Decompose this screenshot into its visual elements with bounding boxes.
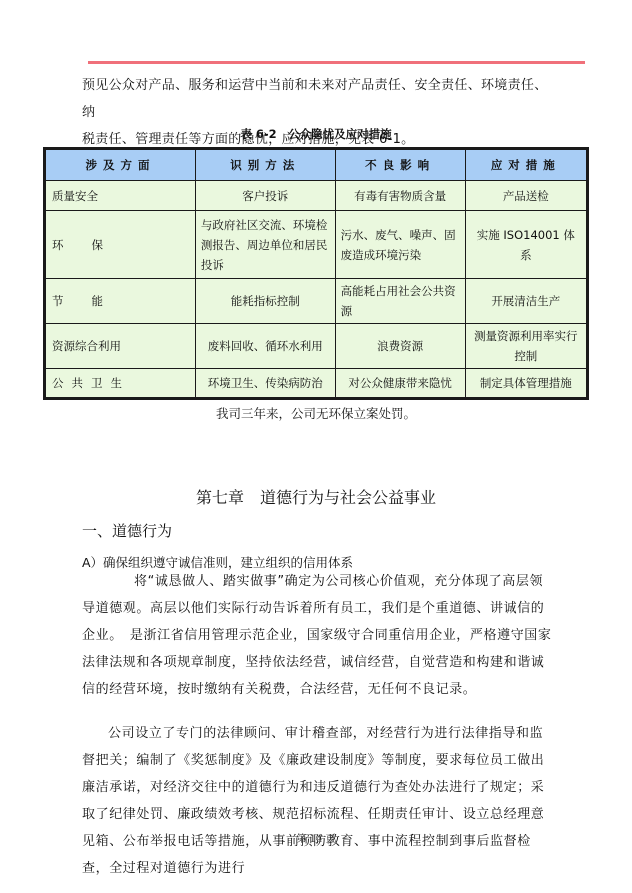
body-paragraph-2: 公司设立了专门的法律顾问、审计稽查部，对经营行为进行法律指导和监督把关；编制了《… (82, 720, 552, 882)
cell-method: 能耗指标控制 (195, 279, 335, 324)
cell-impact: 污水、废气、噪声、固废造成环境污染 (335, 211, 465, 279)
cell-impact: 对公众健康带来隐忧 (335, 369, 465, 399)
cell-impact: 浪费资源 (335, 324, 465, 369)
cell-aspect: 公共卫生 (45, 369, 196, 399)
table-caption: 表 6-2 公众隐忧及应对措施 (0, 126, 632, 142)
cell-method: 与政府社区交流、环境检测报告、周边单位和居民投诉 (195, 211, 335, 279)
cell-method: 客户投诉 (195, 181, 335, 211)
header-measure: 应对措施 (465, 149, 587, 181)
public-concerns-table: 涉及方面 识别方法 不良影响 应对措施 质量安全 客户投诉 有毒有害物质含量 产… (43, 147, 589, 400)
cell-impact: 有毒有害物质含量 (335, 181, 465, 211)
cell-measure: 实施 ISO14001 体系 (465, 211, 587, 279)
header-method: 识别方法 (195, 149, 335, 181)
cell-measure: 测量资源利用率实行控制 (465, 324, 587, 369)
cell-aspect: 资源综合利用 (45, 324, 196, 369)
table-row: 环保 与政府社区交流、环境检测报告、周边单位和居民投诉 污水、废气、噪声、固废造… (45, 211, 588, 279)
cell-aspect: 节能 (45, 279, 196, 324)
body-paragraph-1: 将“诚恳做人、踏实做事”确定为公司核心价值观，充分体现了高层领导道德观。高层以他… (82, 568, 552, 703)
table-row: 质量安全 客户投诉 有毒有害物质含量 产品送检 (45, 181, 588, 211)
cell-measure: 开展清洁生产 (465, 279, 587, 324)
table-row: 节能 能耗指标控制 高能耗占用社会公共资源 开展清洁生产 (45, 279, 588, 324)
cell-measure: 产品送检 (465, 181, 587, 211)
after-table-note: 我司三年来，公司无环保立案处罚。 (0, 404, 632, 422)
table-row: 公共卫生 环境卫生、传染病防治 对公众健康带来隐忧 制定具体管理措施 (45, 369, 588, 399)
cell-method: 废料回收、循环水利用 (195, 324, 335, 369)
table-row: 资源综合利用 废料回收、循环水利用 浪费资源 测量资源利用率实行控制 (45, 324, 588, 369)
page-number: 第 14 页 (0, 830, 632, 845)
chapter-title: 第七章 道德行为与社会公益事业 (0, 485, 632, 508)
header-aspect: 涉及方面 (45, 149, 196, 181)
section-title: 一、道德行为 (82, 520, 172, 541)
cell-aspect: 质量安全 (45, 181, 196, 211)
header-impact: 不良影响 (335, 149, 465, 181)
table-header-row: 涉及方面 识别方法 不良影响 应对措施 (45, 149, 588, 181)
intro-line-1: 预见公众对产品、服务和运营中当前和未来对产品责任、安全责任、环境责任、纳 (82, 72, 552, 126)
cell-impact: 高能耗占用社会公共资源 (335, 279, 465, 324)
cell-measure: 制定具体管理措施 (465, 369, 587, 399)
document-page: 预见公众对产品、服务和运营中当前和未来对产品责任、安全责任、环境责任、纳 税责任… (0, 0, 632, 893)
header-rule (88, 61, 585, 64)
cell-aspect: 环保 (45, 211, 196, 279)
cell-method: 环境卫生、传染病防治 (195, 369, 335, 399)
